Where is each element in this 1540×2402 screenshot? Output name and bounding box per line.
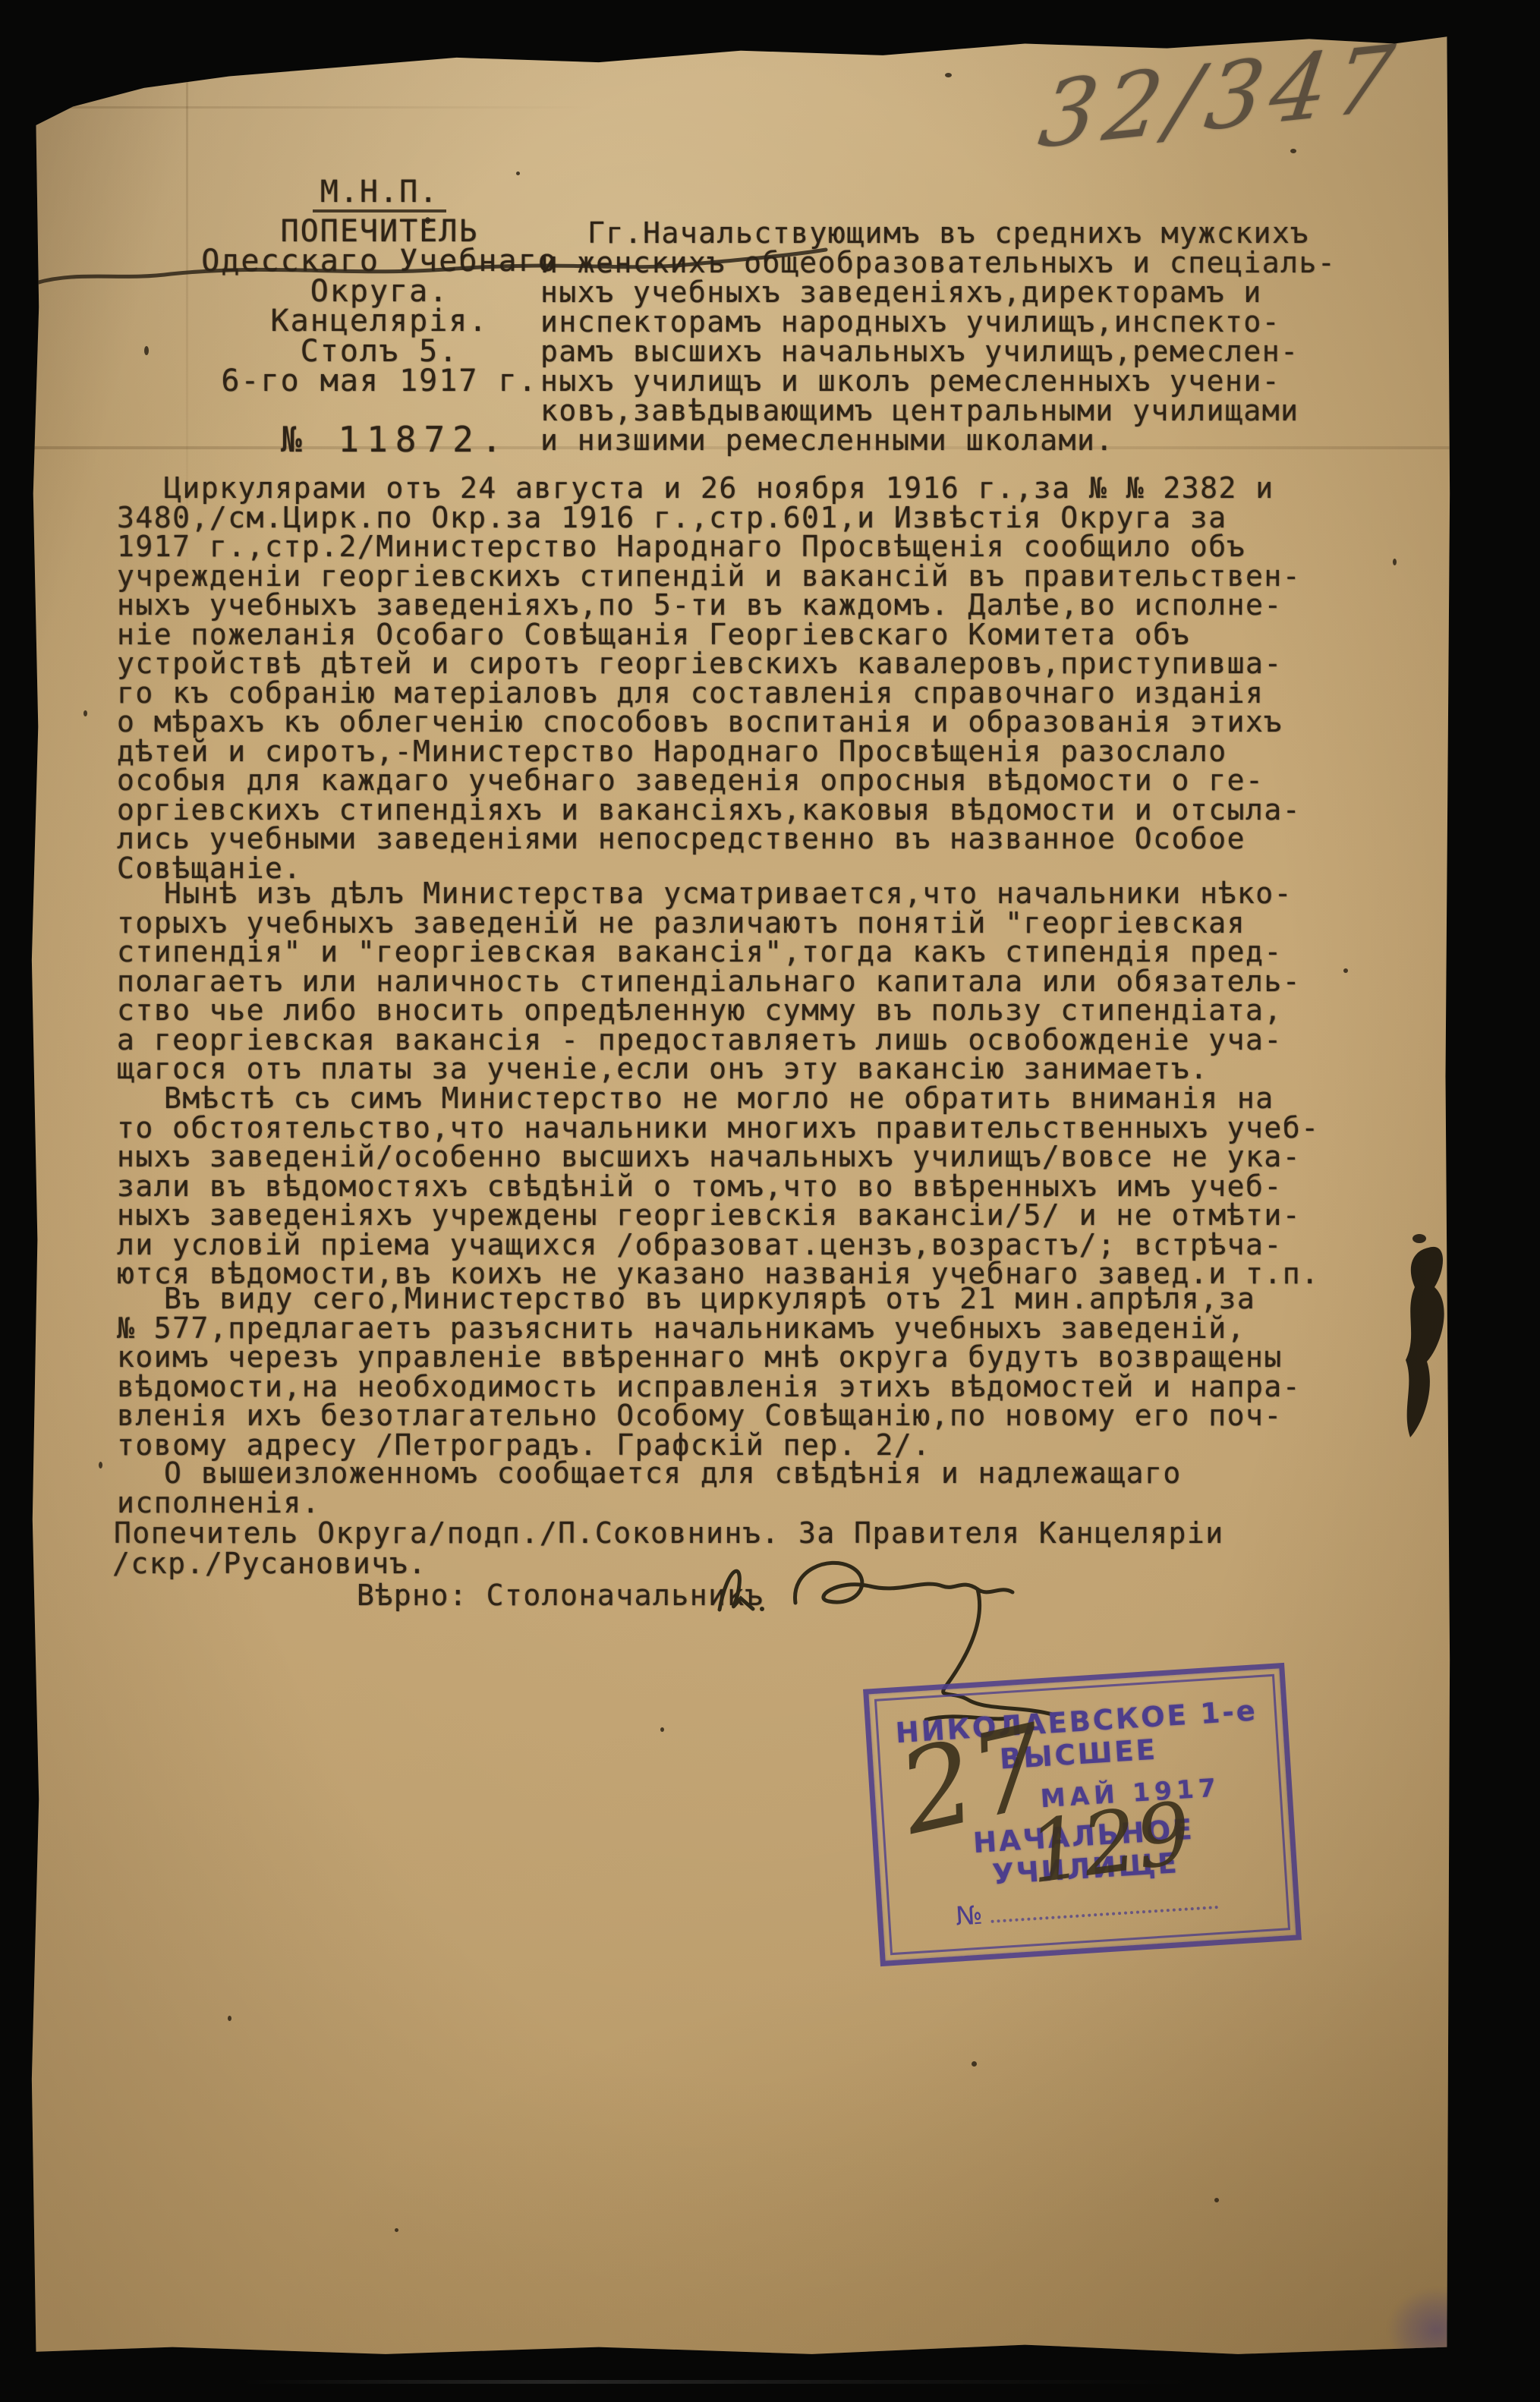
pencil-archival-number: 32/347: [1033, 24, 1406, 169]
document-paper: 32/347 М.Н.П. ПОПЕЧИТЕЛЬ Одесскаго Учебн…: [30, 27, 1451, 2359]
body-paragraph-4: Въ виду сего,Министерство въ циркулярѣ о…: [117, 1284, 1407, 1459]
body-paragraph-2: Нынѣ изъ дѣлъ Министерства усматривается…: [117, 879, 1407, 1084]
stamp-number-label: №: [955, 1900, 984, 1932]
paper-speck: [99, 1462, 102, 1469]
paper-crease: [30, 106, 599, 109]
paper-speck: [144, 346, 149, 355]
signature-line-certified: Вѣрно: Столоначальникъ: [357, 1579, 764, 1612]
document-number: № 11872.: [281, 419, 510, 460]
letterhead-ministry-abbr: М.Н.П.: [313, 178, 447, 212]
receipt-stamp: НИКОЛАЕВСКОЕ 1-е ВЫСШЕЕ МАЙ 1917 НАЧАЛЬН…: [863, 1663, 1302, 1966]
ink-smudge: [1387, 2287, 1486, 2372]
paper-speck: [516, 172, 520, 175]
body-paragraph-5: О вышеизложенномъ сообщается для свѣдѣні…: [117, 1459, 1407, 1517]
paper-speck: [83, 710, 87, 716]
paper-speck: [972, 2061, 977, 2067]
paper-speck: [228, 2016, 231, 2021]
paper-speck: [395, 2228, 398, 2232]
paper-speck: [1214, 2198, 1219, 2202]
body-paragraph-1: Циркулярами отъ 24 августа и 26 ноября 1…: [117, 474, 1407, 883]
signature-line-clerk: /скр./Русановичъ.: [112, 1547, 427, 1580]
letterhead: М.Н.П. ПОПЕЧИТЕЛЬ Одесскаго Учебнаго Окр…: [190, 178, 569, 397]
letterhead-office-lines: ПОПЕЧИТЕЛЬ Одесскаго Учебнаго Округа. Ка…: [190, 217, 569, 397]
body-paragraph-3: Вмѣстѣ съ симъ Министерство не могло не …: [117, 1084, 1407, 1289]
addressee-block: Гг.Начальствующимъ въ среднихъ мужскихъ …: [540, 219, 1398, 455]
paper-speck: [1290, 149, 1296, 153]
paper-speck: [660, 1727, 664, 1732]
signature-line-curator: Попечитель Округа/подп./П.Соковнинъ. За …: [114, 1516, 1224, 1550]
paper-speck: [945, 73, 952, 77]
scanner-bed-streak: [243, 2380, 1192, 2384]
